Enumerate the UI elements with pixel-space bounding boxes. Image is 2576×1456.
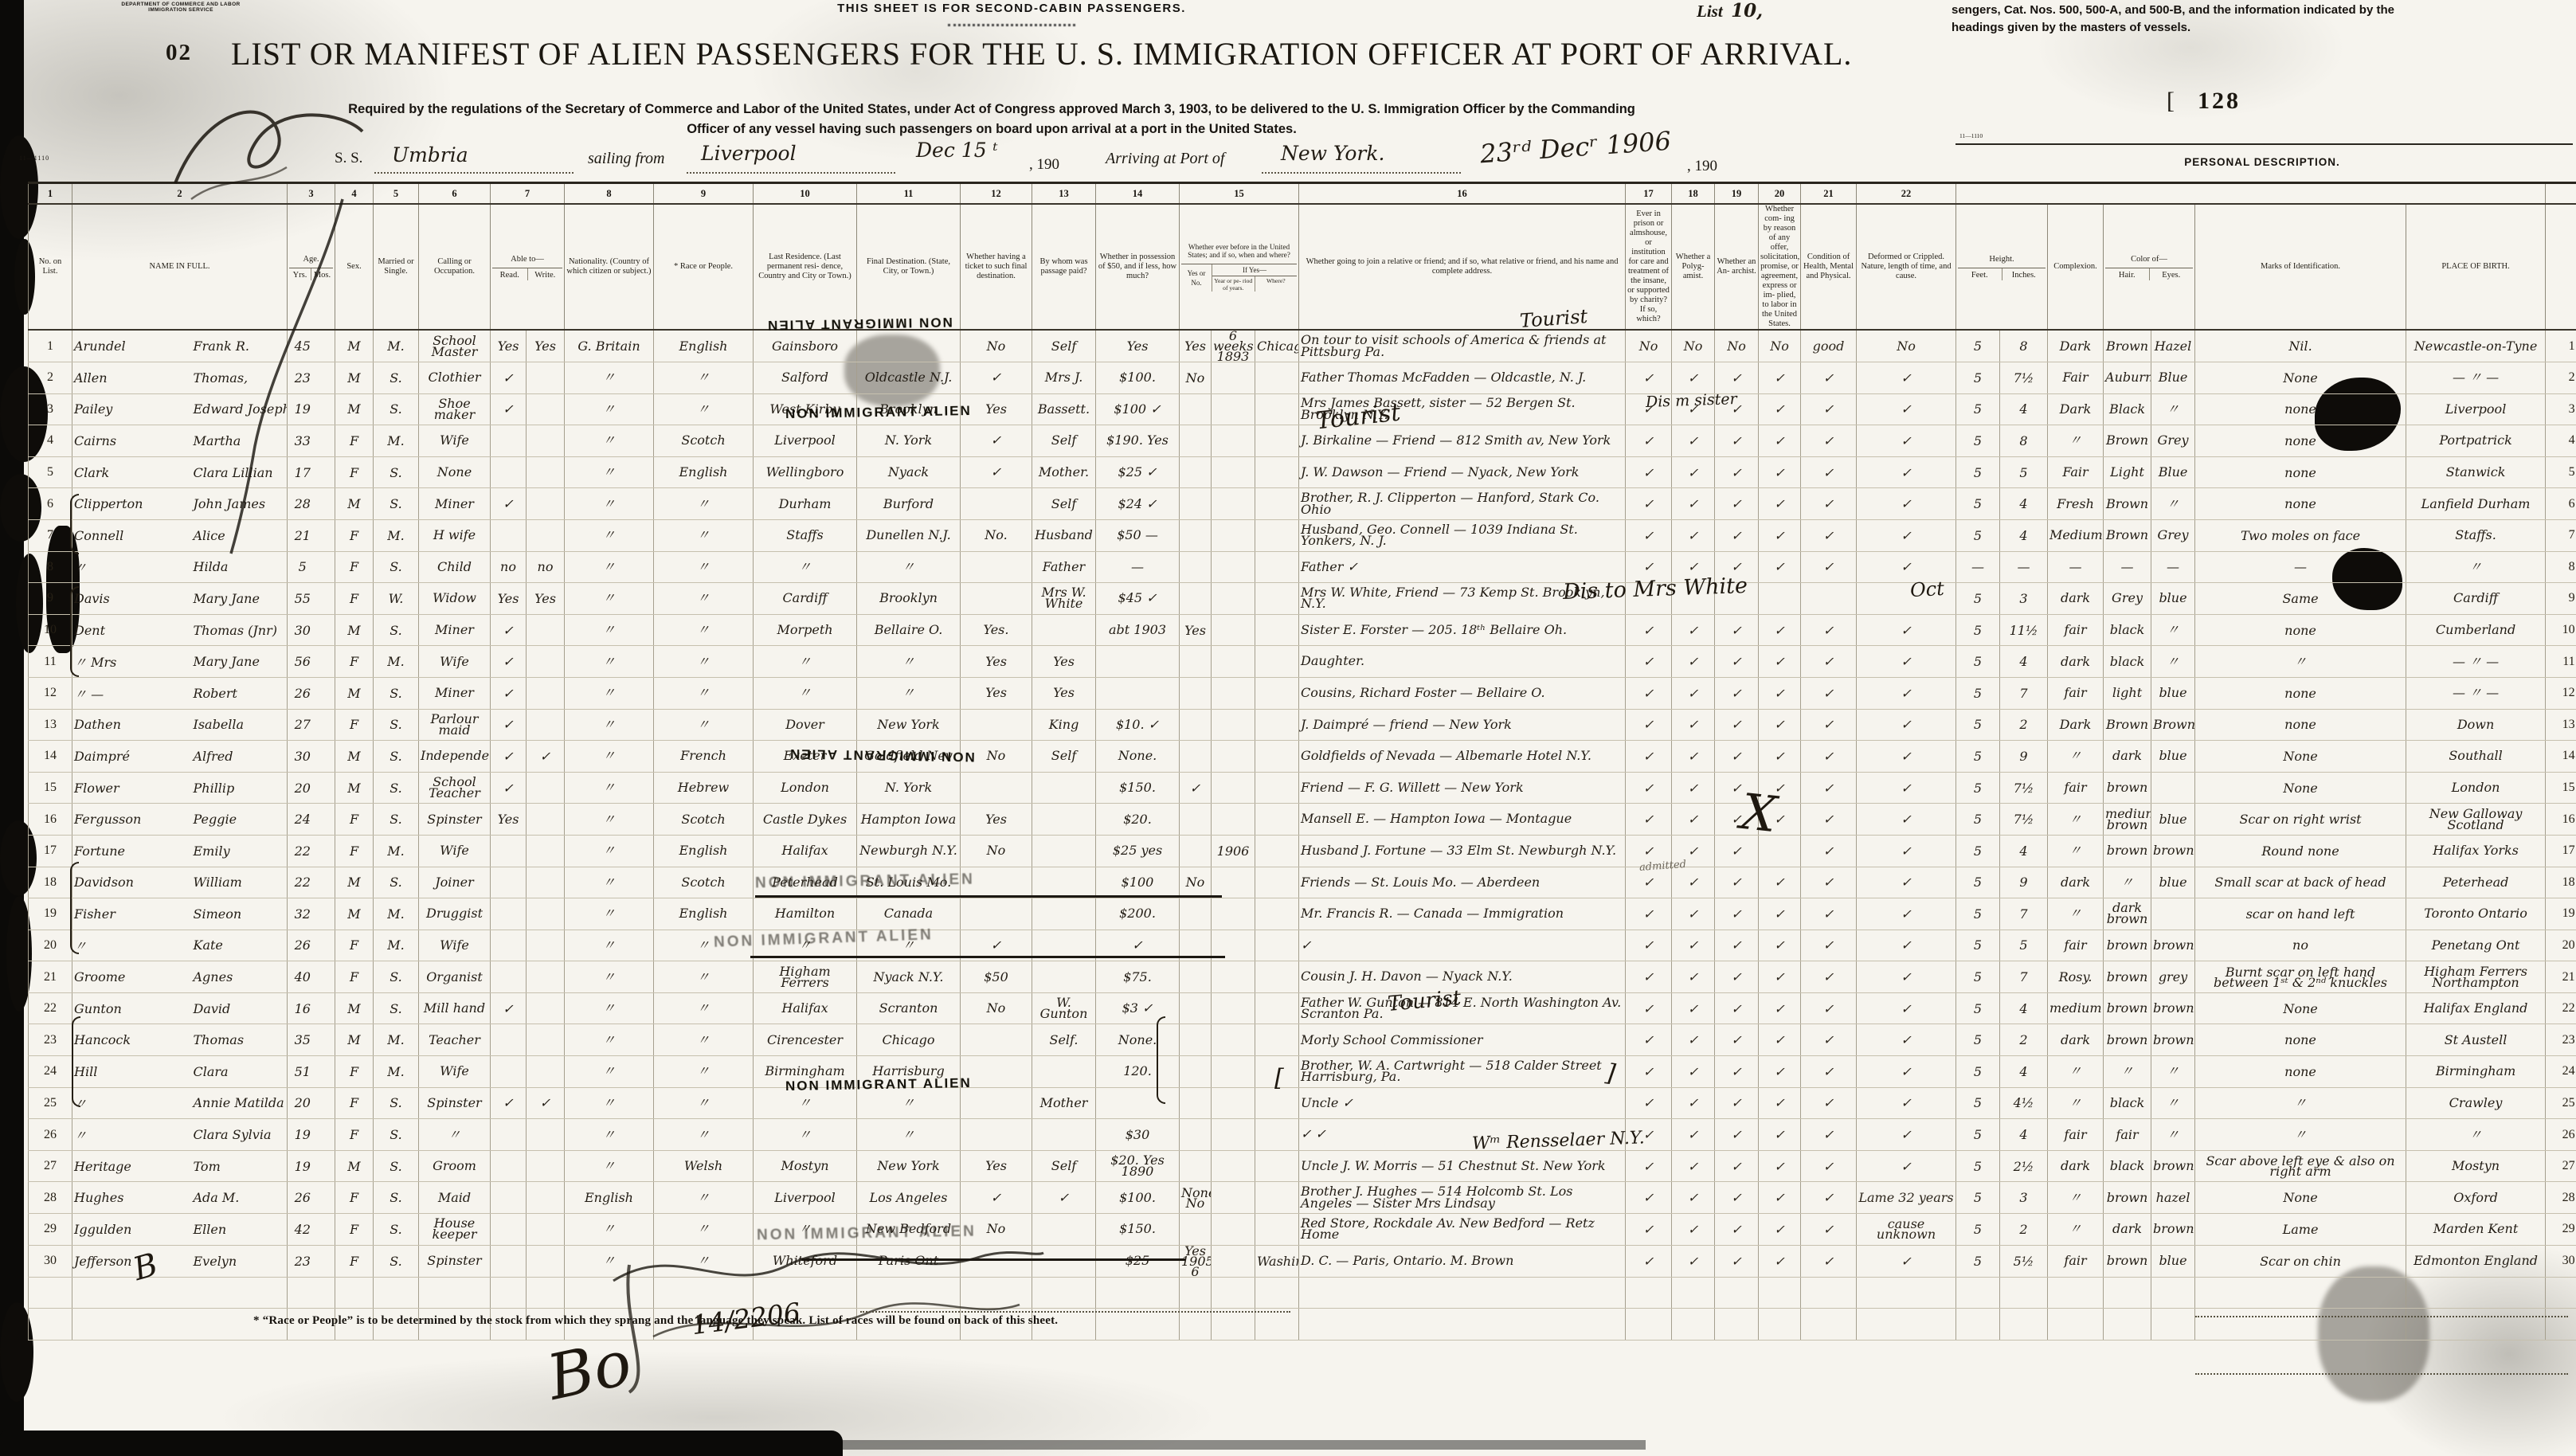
manifest-cell-margin-number: 26 xyxy=(2546,1119,2576,1151)
manifest-cell-place-of-birth: New Galloway Scotland xyxy=(2406,804,2546,836)
manifest-cell-height-feet: 5 xyxy=(1956,804,2000,836)
manifest-cell-surname: Dent xyxy=(72,614,192,646)
manifest-cell-eye-color: Grey xyxy=(2151,425,2195,457)
manifest-cell-passage-paid-by xyxy=(1032,835,1096,867)
manifest-cell-anarchist: ✓ xyxy=(1715,992,1759,1024)
manifest-cell-deformed: ✓ xyxy=(1857,362,1956,394)
manifest-cell-before-us-yesno xyxy=(1180,1214,1212,1246)
manifest-cell-polygamist: ✓ xyxy=(1672,456,1715,488)
manifest-cell-labor-offer: ✓ xyxy=(1759,898,1801,930)
manifest-cell-before-us-year xyxy=(1212,551,1255,583)
manifest-cell-ticket xyxy=(961,583,1032,615)
manifest-cell-joining-relative: Cousin J. H. Davon — Nyack N.Y. xyxy=(1299,961,1626,993)
manifest-cell-place-of-birth: — 〃 — xyxy=(2406,677,2546,709)
handwritten-annotation: [ xyxy=(1274,1064,1284,1092)
manifest-cell-joining-relative: Cousins, Richard Foster — Bellaire O. xyxy=(1299,677,1626,709)
manifest-cell-eye-color: hazel xyxy=(2151,1182,2195,1214)
manifest-cell-identification-marks: None xyxy=(2195,992,2406,1024)
manifest-cell-nationality: 〃 xyxy=(565,1024,654,1056)
manifest-row: 27HeritageTom19MS.Groom〃WelshMostynNew Y… xyxy=(29,1150,2576,1182)
manifest-cell-anarchist: ✓ xyxy=(1715,362,1759,394)
manifest-cell-before-us-year xyxy=(1212,519,1255,551)
manifest-cell-height-feet: 5 xyxy=(1956,1056,2000,1088)
manifest-row: 16FergussonPeggie24FS.SpinsterYes〃Scotch… xyxy=(29,804,2576,836)
manifest-row: 3PaileyEdward Joseph19MS.Shoe maker✓〃〃We… xyxy=(29,393,2576,425)
manifest-cell-before-us-year xyxy=(1212,614,1255,646)
manifest-cell-passage-paid-by xyxy=(1032,772,1096,804)
manifest-cell-money-possessed: $25 xyxy=(1096,1245,1180,1277)
manifest-cell-before-us-year xyxy=(1212,362,1255,394)
manifest-cell-money-possessed: $20. xyxy=(1096,804,1180,836)
manifest-cell-final-destination: New York xyxy=(857,1150,961,1182)
manifest-cell-row-number: 19 xyxy=(29,898,72,930)
manifest-cell-health: ✓ xyxy=(1801,961,1857,993)
manifest-row: 1ArundelFrank R.45MM.School MasterYesYes… xyxy=(29,330,2576,362)
manifest-cell-money-possessed xyxy=(1096,1087,1180,1119)
manifest-cell-before-us-where xyxy=(1255,1024,1299,1056)
manifest-cell-ticket: Yes xyxy=(961,646,1032,678)
manifest-cell-age-years: 23 xyxy=(288,1245,318,1277)
manifest-cell-ticket xyxy=(961,1024,1032,1056)
manifest-cell-race: 〃 xyxy=(654,1087,754,1119)
manifest-cell-age-months xyxy=(318,835,335,867)
manifest-cell-age-months xyxy=(318,930,335,961)
manifest-cell-health: ✓ xyxy=(1801,488,1857,520)
manifest-cell-eye-color: 〃 xyxy=(2151,1056,2195,1088)
manifest-cell-identification-marks: Same xyxy=(2195,583,2406,615)
manifest-cell-able-read: ✓ xyxy=(491,772,527,804)
manifest-cell-anarchist: ✓ xyxy=(1715,646,1759,678)
manifest-cell-able-read: ✓ xyxy=(491,362,527,394)
manifest-cell-able-read: ✓ xyxy=(491,646,527,678)
manifest-cell-given-name: Thomas xyxy=(192,1024,288,1056)
manifest-cell-ticket: No xyxy=(961,992,1032,1024)
manifest-cell-health: ✓ xyxy=(1801,930,1857,961)
manifest-cell-height-inches: 7 xyxy=(2000,898,2048,930)
manifest-cell-age-months xyxy=(318,1056,335,1088)
manifest-cell-margin-number: 14 xyxy=(2546,741,2576,773)
manifest-cell-able-read: ✓ xyxy=(491,741,527,773)
manifest-cell-sex: F xyxy=(335,835,374,867)
manifest-cell-occupation: Miner xyxy=(419,677,491,709)
manifest-cell-joining-relative xyxy=(1299,1277,1626,1309)
manifest-cell-given-name: William xyxy=(192,867,288,898)
manifest-row: 4CairnsMartha33FM.Wife〃ScotchLiverpoolN.… xyxy=(29,425,2576,457)
manifest-cell-surname: 〃 xyxy=(72,930,192,961)
arriving-label: Arriving at Port of xyxy=(1106,150,1224,168)
manifest-cell-money-possessed: $100 xyxy=(1096,867,1180,898)
manifest-cell-money-possessed: $3 ✓ xyxy=(1096,992,1180,1024)
manifest-cell-complexion: fair xyxy=(2048,1245,2104,1277)
manifest-cell-height-inches: 5 xyxy=(2000,456,2048,488)
manifest-cell-before-us-yesno xyxy=(1180,1150,1212,1182)
column-label-row: No. on List. NAME IN FULL. Age. Yrs.Mos.… xyxy=(29,204,2576,330)
manifest-cell-height-inches: 4 xyxy=(2000,393,2048,425)
manifest-cell-before-us-where xyxy=(1255,393,1299,425)
manifest-cell-before-us-where xyxy=(1255,646,1299,678)
manifest-cell-height-inches: 3 xyxy=(2000,1182,2048,1214)
handwritten-annotation: Tourist xyxy=(1519,305,1588,332)
manifest-cell-height-feet: 5 xyxy=(1956,488,2000,520)
header-write: Write. xyxy=(527,268,563,280)
manifest-cell-surname: Allen xyxy=(72,362,192,394)
manifest-cell-able-read xyxy=(491,835,527,867)
manifest-cell-occupation: Spinster xyxy=(419,804,491,836)
colnum-13: 13 xyxy=(1032,183,1096,205)
colnum-21: 21 xyxy=(1801,183,1857,205)
manifest-cell-identification-marks: None xyxy=(2195,1182,2406,1214)
manifest-cell-row-number: 17 xyxy=(29,835,72,867)
manifest-cell-margin-number: 19 xyxy=(2546,898,2576,930)
manifest-cell-race: 〃 xyxy=(654,992,754,1024)
manifest-cell-passage-paid-by: King xyxy=(1032,709,1096,741)
manifest-cell-age-months xyxy=(318,1024,335,1056)
manifest-cell-deformed: ✓ xyxy=(1857,614,1956,646)
manifest-cell-identification-marks: none xyxy=(2195,425,2406,457)
manifest-cell-complexion: — xyxy=(2048,551,2104,583)
manifest-cell-row-number: 9 xyxy=(29,583,72,615)
manifest-cell-hair-color: Brown xyxy=(2104,519,2151,551)
manifest-cell-able-write xyxy=(527,393,565,425)
manifest-cell-complexion: Fair xyxy=(2048,362,2104,394)
manifest-cell-before-us-where: Washington xyxy=(1255,1245,1299,1277)
manifest-cell-anarchist: ✓ xyxy=(1715,898,1759,930)
manifest-cell-complexion: fair xyxy=(2048,772,2104,804)
manifest-cell-identification-marks: Scar on chin xyxy=(2195,1245,2406,1277)
manifest-cell-given-name: Tom xyxy=(192,1150,288,1182)
manifest-cell-final-destination: Chicago xyxy=(857,1024,961,1056)
manifest-cell-anarchist: ✓ xyxy=(1715,1024,1759,1056)
manifest-cell-sex: M xyxy=(335,677,374,709)
manifest-cell-identification-marks: none xyxy=(2195,456,2406,488)
manifest-cell-sex: M xyxy=(335,1150,374,1182)
manifest-cell-height-feet xyxy=(1956,1277,2000,1309)
manifest-cell-height-feet: 5 xyxy=(1956,646,2000,678)
personal-description-rule xyxy=(1955,143,2573,145)
manifest-cell-money-possessed xyxy=(1096,646,1180,678)
manifest-cell-able-read xyxy=(491,1214,527,1246)
manifest-cell-anarchist: ✓ xyxy=(1715,456,1759,488)
manifest-cell-race: 〃 xyxy=(654,1119,754,1151)
manifest-cell-before-us-year xyxy=(1212,772,1255,804)
manifest-cell-surname: Gunton xyxy=(72,992,192,1024)
manifest-cell-joining-relative: Uncle J. W. Morris — 51 Chestnut St. New… xyxy=(1299,1150,1626,1182)
manifest-cell-joining-relative: Daughter. xyxy=(1299,646,1626,678)
manifest-cell-labor-offer: ✓ xyxy=(1759,393,1801,425)
manifest-cell-sex: F xyxy=(335,1056,374,1088)
manifest-cell-place-of-birth: Portpatrick xyxy=(2406,425,2546,457)
header-before-where: Where? xyxy=(1255,276,1298,292)
manifest-cell-able-write xyxy=(527,961,565,993)
manifest-cell-identification-marks: Scar on right wrist xyxy=(2195,804,2406,836)
manifest-cell-money-possessed: $100 ✓ xyxy=(1096,393,1180,425)
manifest-cell-anarchist: ✓ xyxy=(1715,1087,1759,1119)
manifest-cell-sex: F xyxy=(335,961,374,993)
manifest-cell-joining-relative: J. W. Dawson — Friend — Nyack, New York xyxy=(1299,456,1626,488)
manifest-cell-sex: F xyxy=(335,1182,374,1214)
manifest-cell-before-us-yesno: Yes 1905 6 xyxy=(1180,1245,1212,1277)
manifest-cell-age-years: 32 xyxy=(288,898,318,930)
manifest-cell-given-name: Thomas (Jnr) xyxy=(192,614,288,646)
manifest-cell-margin-number: 18 xyxy=(2546,867,2576,898)
header-able: Able to— Read.Write. xyxy=(491,204,565,330)
manifest-cell-last-residence: Dover xyxy=(754,709,857,741)
manifest-cell-place-of-birth: Liverpool xyxy=(2406,393,2546,425)
manifest-cell-last-residence: Higham Ferrers xyxy=(754,961,857,993)
manifest-cell-prison: ✓ xyxy=(1626,992,1672,1024)
header-hair: Hair. xyxy=(2105,268,2149,280)
manifest-cell-nationality: 〃 xyxy=(565,583,654,615)
non-immigrant-alien-stamp: NON IMMIGRANT ALIEN xyxy=(766,314,953,333)
manifest-cell-able-read xyxy=(491,867,527,898)
manifest-cell-eye-color: brown xyxy=(2151,1024,2195,1056)
manifest-cell-identification-marks: none xyxy=(2195,709,2406,741)
manifest-cell-race: 〃 xyxy=(654,677,754,709)
manifest-cell-money-possessed: $150. xyxy=(1096,772,1180,804)
manifest-cell-before-us-where xyxy=(1255,551,1299,583)
manifest-cell-eye-color: blue xyxy=(2151,741,2195,773)
manifest-cell-before-us-yesno xyxy=(1180,804,1212,836)
document-title: LIST OR MANIFEST OF ALIEN PASSENGERS FOR… xyxy=(231,35,1784,72)
manifest-cell-sex xyxy=(335,1277,374,1309)
manifest-row: 6ClippertonJohn James28MS.Miner✓〃〃Durham… xyxy=(29,488,2576,520)
manifest-cell-ticket xyxy=(961,1087,1032,1119)
manifest-cell-before-us-yesno xyxy=(1180,1277,1212,1309)
manifest-cell-ticket xyxy=(961,898,1032,930)
manifest-cell-place-of-birth: London xyxy=(2406,772,2546,804)
manifest-cell-able-read xyxy=(491,425,527,457)
manifest-cell-health: ✓ xyxy=(1801,519,1857,551)
manifest-cell-occupation: School Teacher xyxy=(419,772,491,804)
manifest-cell-before-us-year xyxy=(1212,488,1255,520)
manifest-cell-passage-paid-by xyxy=(1032,1056,1096,1088)
manifest-cell-health: ✓ xyxy=(1801,835,1857,867)
manifest-cell-before-us-where xyxy=(1255,961,1299,993)
sheet-stamp-number: [128 xyxy=(2167,88,2241,115)
manifest-cell-hair-color: black xyxy=(2104,614,2151,646)
manifest-cell-deformed: ✓ xyxy=(1857,1056,1956,1088)
manifest-cell-surname: Davidson xyxy=(72,867,192,898)
manifest-cell-health: ✓ xyxy=(1801,1056,1857,1088)
manifest-cell-marital-status xyxy=(374,1277,419,1309)
manifest-cell-identification-marks: Scar above left eye & also on right arm xyxy=(2195,1150,2406,1182)
manifest-cell-nationality: 〃 xyxy=(565,867,654,898)
manifest-cell-place-of-birth xyxy=(2406,1277,2546,1309)
manifest-cell-age-years: 19 xyxy=(288,1150,318,1182)
manifest-cell-complexion: Fair xyxy=(2048,456,2104,488)
manifest-cell-race: 〃 xyxy=(654,1024,754,1056)
manifest-cell-hair-color: fair xyxy=(2104,1119,2151,1151)
manifest-cell-age-months xyxy=(318,804,335,836)
scan-bar-bottom-faint xyxy=(841,1440,1646,1450)
header-labor: Whether com- ing by reason of any offer,… xyxy=(1759,204,1801,330)
manifest-cell-marital-status: M. xyxy=(374,1024,419,1056)
manifest-cell-complexion: medium xyxy=(2048,992,2104,1024)
manifest-cell-row-number: 28 xyxy=(29,1182,72,1214)
manifest-cell-sex: F xyxy=(335,930,374,961)
manifest-cell-eye-color xyxy=(2151,1309,2195,1341)
manifest-cell-place-of-birth: Mostyn xyxy=(2406,1150,2546,1182)
manifest-cell-race: French xyxy=(654,741,754,773)
manifest-cell-surname: Flower xyxy=(72,772,192,804)
manifest-cell-polygamist xyxy=(1672,1277,1715,1309)
manifest-cell-labor-offer: ✓ xyxy=(1759,1087,1801,1119)
manifest-cell-passage-paid-by: ✓ xyxy=(1032,1182,1096,1214)
manifest-cell-ticket: No. xyxy=(961,519,1032,551)
manifest-cell-able-read xyxy=(491,930,527,961)
manifest-cell-age-months xyxy=(318,1087,335,1119)
manifest-cell-before-us-year xyxy=(1212,804,1255,836)
manifest-cell-row-number: 27 xyxy=(29,1150,72,1182)
manifest-cell-money-possessed: $45 ✓ xyxy=(1096,583,1180,615)
manifest-cell-final-destination: Burford xyxy=(857,488,961,520)
manifest-cell-row-number: 3 xyxy=(29,393,72,425)
manifest-cell-surname xyxy=(72,1309,192,1341)
manifest-cell-occupation: Druggist xyxy=(419,898,491,930)
header-feet: Feet. xyxy=(1958,268,2002,280)
manifest-cell-money-possessed: $100. xyxy=(1096,1182,1180,1214)
manifest-cell-eye-color: brown xyxy=(2151,992,2195,1024)
colnum-22: 22 xyxy=(1857,183,1956,205)
manifest-cell-height-feet: 5 xyxy=(1956,1119,2000,1151)
manifest-cell-health: ✓ xyxy=(1801,741,1857,773)
manifest-cell-anarchist: No xyxy=(1715,330,1759,362)
manifest-cell-able-write xyxy=(527,519,565,551)
manifest-cell-occupation: Mill hand xyxy=(419,992,491,1024)
manifest-cell-row-number: 29 xyxy=(29,1214,72,1246)
manifest-cell-eye-color: 〃 xyxy=(2151,1087,2195,1119)
manifest-cell-identification-marks: — xyxy=(2195,551,2406,583)
manifest-cell-age-months xyxy=(318,583,335,615)
manifest-cell-before-us-year xyxy=(1212,393,1255,425)
manifest-table: 1 2 3 4 5 6 7 8 9 10 11 12 13 14 15 16 1… xyxy=(28,182,2576,1341)
manifest-cell-marital-status: M. xyxy=(374,519,419,551)
manifest-cell-place-of-birth: Oxford xyxy=(2406,1182,2546,1214)
manifest-cell-health: ✓ xyxy=(1801,362,1857,394)
manifest-cell-given-name: Emily xyxy=(192,835,288,867)
manifest-cell-race: 〃 xyxy=(654,646,754,678)
manifest-cell-age-years: 56 xyxy=(288,646,318,678)
manifest-cell-nationality: 〃 xyxy=(565,961,654,993)
manifest-cell-height-feet: 5 xyxy=(1956,930,2000,961)
manifest-cell-prison: ✓ xyxy=(1626,961,1672,993)
manifest-cell-polygamist: ✓ xyxy=(1672,898,1715,930)
manifest-cell-identification-marks xyxy=(2195,1277,2406,1309)
manifest-cell-before-us-where xyxy=(1255,1277,1299,1309)
manifest-cell-complexion: Dark xyxy=(2048,330,2104,362)
manifest-cell-health xyxy=(1801,583,1857,615)
header-paid-by: By whom was passage paid? xyxy=(1032,204,1096,330)
manifest-cell-occupation: Teacher xyxy=(419,1024,491,1056)
manifest-cell-anarchist xyxy=(1715,1277,1759,1309)
manifest-cell-age-months xyxy=(318,1119,335,1151)
manifest-cell-height-feet: 5 xyxy=(1956,867,2000,898)
manifest-cell-given-name: Phillip xyxy=(192,772,288,804)
manifest-cell-occupation: Wife xyxy=(419,646,491,678)
manifest-cell-race: 〃 xyxy=(654,1182,754,1214)
manifest-cell-prison: ✓ xyxy=(1626,677,1672,709)
manifest-cell-anarchist: ✓ xyxy=(1715,961,1759,993)
manifest-cell-money-possessed xyxy=(1096,1309,1180,1341)
manifest-cell-given-name: Agnes xyxy=(192,961,288,993)
manifest-cell-complexion: 〃 xyxy=(2048,1182,2104,1214)
manifest-cell-height-inches: 8 xyxy=(2000,330,2048,362)
manifest-cell-money-possessed: — xyxy=(1096,551,1180,583)
manifest-cell-row-number xyxy=(29,1277,72,1309)
manifest-cell-race: 〃 xyxy=(654,488,754,520)
manifest-cell-able-read: Yes xyxy=(491,583,527,615)
manifest-cell-occupation: Parlour maid xyxy=(419,709,491,741)
manifest-cell-sex: F xyxy=(335,646,374,678)
manifest-cell-sex: M xyxy=(335,898,374,930)
manifest-cell-height-feet: 5 xyxy=(1956,330,2000,362)
page-number: 02 xyxy=(166,40,192,66)
manifest-cell-hair-color: black xyxy=(2104,646,2151,678)
manifest-cell-marital-status: S. xyxy=(374,741,419,773)
manifest-cell-age-years: 40 xyxy=(288,961,318,993)
manifest-cell-place-of-birth: — 〃 — xyxy=(2406,646,2546,678)
manifest-cell-health: ✓ xyxy=(1801,1214,1857,1246)
manifest-cell-prison xyxy=(1626,1309,1672,1341)
manifest-cell-occupation: Joiner xyxy=(419,867,491,898)
manifest-row: 9DavisMary Jane55FW.WidowYesYes〃〃Cardiff… xyxy=(29,583,2576,615)
manifest-cell-health: ✓ xyxy=(1801,1119,1857,1151)
manifest-cell-surname: Pailey xyxy=(72,393,192,425)
manifest-cell-money-possessed: $20. Yes 1890 xyxy=(1096,1150,1180,1182)
scan-bar-bottom xyxy=(0,1431,843,1456)
manifest-cell-before-us-yesno xyxy=(1180,835,1212,867)
manifest-cell-age-years: 20 xyxy=(288,772,318,804)
manifest-cell-joining-relative: Father Thomas McFadden — Oldcastle, N. J… xyxy=(1299,362,1626,394)
manifest-cell-race: English xyxy=(654,330,754,362)
manifest-cell-height-inches xyxy=(2000,1309,2048,1341)
manifest-cell-height-inches: 2 xyxy=(2000,1024,2048,1056)
manifest-cell-eye-color: 〃 xyxy=(2151,488,2195,520)
manifest-cell-anarchist: ✓ xyxy=(1715,1150,1759,1182)
manifest-cell-before-us-yesno: No xyxy=(1180,867,1212,898)
manifest-cell-before-us-yesno: ✓ xyxy=(1180,772,1212,804)
manifest-cell-eye-color xyxy=(2151,1277,2195,1309)
manifest-cell-polygamist xyxy=(1672,1309,1715,1341)
list-number: List 10, xyxy=(1697,0,1763,22)
printed-190b: , 190 xyxy=(1687,158,1717,175)
manifest-cell-ticket: No xyxy=(961,330,1032,362)
manifest-cell-final-destination: Canada xyxy=(857,898,961,930)
manifest-cell-polygamist: ✓ xyxy=(1672,614,1715,646)
manifest-cell-height-feet: 5 xyxy=(1956,614,2000,646)
manifest-cell-passage-paid-by: Husband xyxy=(1032,519,1096,551)
manifest-cell-able-write xyxy=(527,1056,565,1088)
manifest-cell-complexion: dark xyxy=(2048,583,2104,615)
manifest-cell-before-us-where xyxy=(1255,614,1299,646)
manifest-cell-health: ✓ xyxy=(1801,867,1857,898)
manifest-cell-joining-relative xyxy=(1299,1309,1626,1341)
manifest-cell-margin-number: 30 xyxy=(2546,1245,2576,1277)
manifest-cell-labor-offer: ✓ xyxy=(1759,961,1801,993)
manifest-cell-height-inches: 9 xyxy=(2000,867,2048,898)
manifest-cell-before-us-yesno: Yes xyxy=(1180,330,1212,362)
manifest-cell-age-years: 24 xyxy=(288,804,318,836)
manifest-cell-occupation: Child xyxy=(419,551,491,583)
header-before: Whether ever before in the United States… xyxy=(1180,204,1299,330)
manifest-cell-before-us-yesno xyxy=(1180,646,1212,678)
header-deformed: Deformed or Crippled. Nature, length of … xyxy=(1857,204,1956,330)
manifest-cell-hair-color: Brown xyxy=(2104,330,2151,362)
manifest-cell-health: ✓ xyxy=(1801,804,1857,836)
manifest-cell-sex: F xyxy=(335,1214,374,1246)
manifest-cell-marital-status: M. xyxy=(374,425,419,457)
manifest-cell-before-us-year xyxy=(1212,898,1255,930)
